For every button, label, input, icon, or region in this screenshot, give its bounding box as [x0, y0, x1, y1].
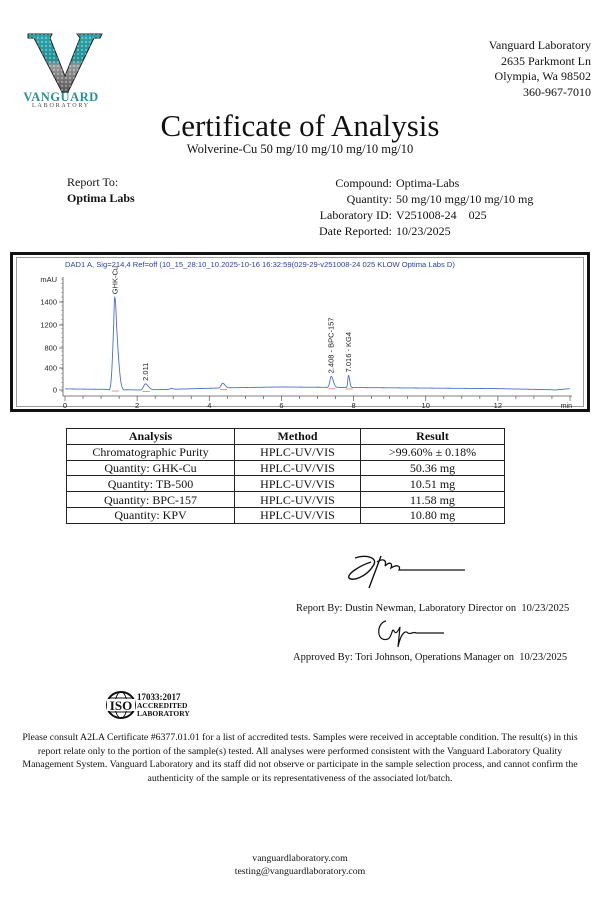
results-table: Analysis Method Result Chromatographic P… — [66, 428, 505, 524]
svg-text:min: min — [561, 403, 572, 409]
meta-compound: Compound: Optima-Labs — [270, 175, 533, 191]
cell-method: HPLC-UV/VIS — [235, 460, 361, 476]
meta-value: V251008-24 025 — [396, 207, 487, 223]
svg-text:2: 2 — [135, 401, 139, 409]
meta-value: 50 mg/10 mgg/10 mg/10 mg — [396, 191, 533, 207]
iso-globe-icon: ISO — [104, 690, 138, 720]
svg-text:4: 4 — [207, 401, 211, 409]
cell-result: 50.36 mg — [361, 460, 505, 476]
meta-value: 10/23/2025 — [396, 223, 451, 239]
iso-label: ISO — [110, 698, 132, 713]
cell-result: 10.51 mg — [361, 476, 505, 492]
svg-text:DAD1 A, Sig=214,4 Ref=off (10_: DAD1 A, Sig=214,4 Ref=off (10_15_28:10_1… — [65, 260, 455, 269]
email-link[interactable]: testing@vanguardlaboratory.com — [0, 866, 600, 879]
logo-name: VANGUARD — [18, 91, 104, 103]
address-line: Vanguard Laboratory — [489, 38, 591, 54]
v-logo-icon — [20, 32, 110, 94]
cell-result: 10.80 mg — [361, 507, 505, 523]
table-row: Quantity: TB-500 HPLC-UV/VIS 10.51 mg — [67, 476, 505, 492]
cell-result: >99.60% ± 0.18% — [361, 444, 505, 460]
meta-laboratory-id: Laboratory ID: V251008-24 025 — [270, 207, 533, 223]
address-line: Olympia, Wa 98502 — [489, 69, 591, 85]
meta-key: Laboratory ID: — [270, 207, 396, 223]
address-phone: 360-967-7010 — [489, 85, 591, 101]
svg-text:mAU: mAU — [40, 275, 57, 284]
manager-signature — [374, 617, 464, 651]
footer: vanguardlaboratory.com testing@vanguardl… — [0, 853, 600, 878]
laboratory-label: LABORATORY — [137, 710, 190, 718]
table-row: Quantity: KPV HPLC-UV/VIS 10.80 mg — [67, 507, 505, 523]
meta-quantity: Quantity: 50 mg/10 mgg/10 mg/10 mg — [270, 191, 533, 207]
svg-text:400: 400 — [44, 364, 57, 373]
header-result: Result — [361, 429, 505, 445]
website-link[interactable]: vanguardlaboratory.com — [0, 853, 600, 866]
svg-text:12: 12 — [494, 401, 502, 409]
disclaimer-text: Please consult A2LA Certificate #6377.01… — [14, 731, 586, 785]
svg-text:2.408 - BPC-157: 2.408 - BPC-157 — [327, 317, 336, 373]
cell-method: HPLC-UV/VIS — [235, 492, 361, 508]
table-row: Chromatographic Purity HPLC-UV/VIS >99.6… — [67, 444, 505, 460]
meta-key: Quantity: — [270, 191, 396, 207]
cell-analysis: Quantity: BPC-157 — [67, 492, 235, 508]
director-signature — [345, 552, 475, 592]
sample-metadata: Compound: Optima-Labs Quantity: 50 mg/10… — [270, 175, 533, 239]
cell-method: HPLC-UV/VIS — [235, 444, 361, 460]
cell-method: HPLC-UV/VIS — [235, 476, 361, 492]
accreditation-text: 17033:2017 ACCREDITED LABORATORY — [137, 693, 190, 717]
address-line: 2635 Parkmont Ln — [489, 54, 591, 70]
svg-text:1400: 1400 — [40, 298, 57, 307]
chromatogram-panel: DAD1 A, Sig=214,4 Ref=off (10_15_28:10_1… — [10, 252, 590, 412]
svg-text:GHK-Cu: GHK-Cu — [110, 266, 119, 294]
svg-text:0: 0 — [53, 386, 57, 395]
svg-text:1200: 1200 — [40, 321, 57, 330]
svg-text:6: 6 — [279, 401, 283, 409]
cell-method: HPLC-UV/VIS — [235, 507, 361, 523]
product-subtitle: Wolverine-Cu 50 mg/10 mg/10 mg/10 mg/10 — [0, 142, 600, 157]
meta-date-reported: Date Reported: 10/23/2025 — [270, 223, 533, 239]
svg-text:8: 8 — [351, 401, 355, 409]
meta-key: Compound: — [270, 175, 396, 191]
cell-analysis: Chromatographic Purity — [67, 444, 235, 460]
svg-text:10: 10 — [422, 401, 430, 409]
table-row: Quantity: GHK-Cu HPLC-UV/VIS 50.36 mg — [67, 460, 505, 476]
cell-analysis: Quantity: KPV — [67, 507, 235, 523]
report-by-line: Report By: Dustin Newman, Laboratory Dir… — [296, 603, 569, 614]
svg-text:2.011: 2.011 — [141, 363, 150, 381]
approved-by-line: Approved By: Tori Johnson, Operations Ma… — [293, 652, 567, 663]
report-to-label: Report To: — [67, 175, 118, 190]
chromatogram-chart: DAD1 A, Sig=214,4 Ref=off (10_15_28:10_1… — [13, 255, 587, 409]
cell-analysis: Quantity: GHK-Cu — [67, 460, 235, 476]
lab-address: Vanguard Laboratory 2635 Parkmont Ln Oly… — [489, 38, 591, 100]
table-header-row: Analysis Method Result — [67, 429, 505, 445]
header-method: Method — [235, 429, 361, 445]
meta-value: Optima-Labs — [396, 175, 459, 191]
header-analysis: Analysis — [67, 429, 235, 445]
table-row: Quantity: BPC-157 HPLC-UV/VIS 11.58 mg — [67, 492, 505, 508]
page-title: Certificate of Analysis — [0, 108, 600, 144]
cell-analysis: Quantity: TB-500 — [67, 476, 235, 492]
svg-text:0: 0 — [63, 401, 67, 409]
svg-text:7.016 - KG4: 7.016 - KG4 — [344, 332, 353, 372]
svg-text:800: 800 — [44, 344, 57, 353]
report-to-value: Optima Labs — [67, 191, 135, 206]
meta-key: Date Reported: — [270, 223, 396, 239]
cell-result: 11.58 mg — [361, 492, 505, 508]
